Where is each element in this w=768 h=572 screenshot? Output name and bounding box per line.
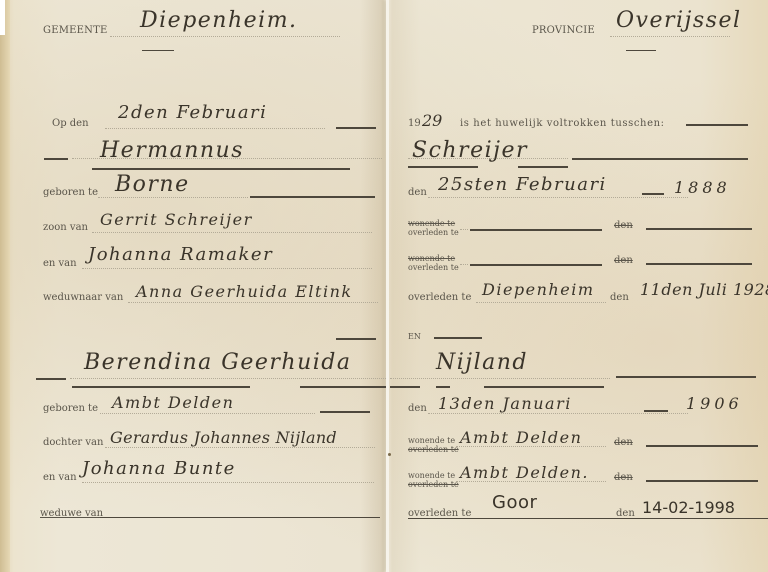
provincie-value: Overijssel xyxy=(616,8,742,33)
groom-mother: Johanna Ramaker xyxy=(88,244,273,265)
left-page: GEMEENTE Diepenheim. Op den 2den Februar… xyxy=(0,0,386,572)
dotted-line xyxy=(98,197,248,198)
rule xyxy=(100,517,380,518)
groom-surname: Schreijer xyxy=(412,138,528,163)
provincie-label: PROVINCIE xyxy=(532,25,595,36)
rule xyxy=(484,386,604,388)
father-status-bottom: overleden te xyxy=(408,228,459,237)
dotted-line xyxy=(105,447,375,448)
groom-first-names: Hermannus xyxy=(100,138,244,163)
year-prefix: 19 xyxy=(408,118,421,129)
rule xyxy=(320,411,370,413)
rule xyxy=(646,480,758,482)
rule xyxy=(142,50,174,51)
bride-father-residence: Ambt Delden xyxy=(460,428,582,447)
dotted-line xyxy=(82,482,374,483)
dotted-line xyxy=(82,268,372,269)
bride-born-year: 1906 xyxy=(686,394,743,413)
dotted-line xyxy=(92,232,372,233)
marriage-text: is het huwelijk voltrokken tusschen: xyxy=(460,118,665,129)
op-den-label: Op den xyxy=(52,118,89,129)
mother-status-top: wonende te xyxy=(408,254,455,263)
dotted-line xyxy=(460,229,468,230)
widower-died-place: Diepenheim xyxy=(482,280,595,299)
dotted-line xyxy=(476,302,606,303)
bride-mother-den-label: den xyxy=(614,472,633,483)
rule xyxy=(646,228,752,230)
groom-former-spouse: Anna Geerhuida Eltink xyxy=(136,282,353,301)
son-of-label: zoon van xyxy=(43,222,88,233)
bride-father-status-bottom: overleden te xyxy=(408,445,459,454)
bride-born-date: 13den Januari xyxy=(438,394,572,413)
marriage-date: 2den Februari xyxy=(118,102,267,123)
bride-born-place: Ambt Delden xyxy=(112,393,234,412)
groom-born-den-label: den xyxy=(408,187,427,198)
bride-father-status-top: wonende te xyxy=(408,436,455,445)
rule xyxy=(686,124,748,126)
marriage-year: 29 xyxy=(422,111,442,130)
bride-mother-status-top: wonende te xyxy=(408,471,455,480)
dotted-line xyxy=(110,36,340,37)
widower-died-den-label: den xyxy=(610,292,629,303)
rule xyxy=(408,518,768,519)
rule xyxy=(72,386,250,388)
dotted-line xyxy=(70,378,386,379)
bride-and-of-label: en van xyxy=(43,472,77,483)
bride-mother-status-bottom: overleden te xyxy=(408,480,459,489)
rule xyxy=(644,410,668,412)
dotted-line xyxy=(610,36,730,37)
widower-label: weduwnaar van xyxy=(43,292,123,303)
marriage-booklet-spread: GEMEENTE Diepenheim. Op den 2den Februar… xyxy=(0,0,768,572)
bride-born-label: geboren te xyxy=(43,403,98,414)
groom-born-place: Borne xyxy=(115,172,190,197)
bride-died-place: Goor xyxy=(492,492,537,513)
dotted-line xyxy=(100,413,315,414)
dotted-line xyxy=(428,413,688,414)
en-label: EN xyxy=(408,332,421,341)
groom-born-label: geboren te xyxy=(43,187,98,198)
father-den-label: den xyxy=(614,220,633,231)
dotted-line xyxy=(390,378,610,379)
rule xyxy=(408,166,478,168)
dotted-line xyxy=(128,302,378,303)
rule xyxy=(300,386,386,388)
rule xyxy=(470,229,602,231)
right-page: PROVINCIE Overijssel 19 29 is het huweli… xyxy=(390,0,768,572)
widow-label: weduwe van xyxy=(40,508,103,519)
rule xyxy=(646,263,752,265)
bride-surname: Nijland xyxy=(436,350,528,375)
gemeente-label: GEMEENTE xyxy=(43,25,107,36)
rule xyxy=(336,127,376,129)
rule xyxy=(470,264,602,266)
rule xyxy=(36,378,66,380)
rule xyxy=(646,445,758,447)
rule xyxy=(642,193,664,195)
bride-died-date: 14-02-1998 xyxy=(642,498,735,517)
rule xyxy=(626,50,656,51)
rule xyxy=(250,196,375,198)
rule xyxy=(44,158,68,160)
book-spine xyxy=(386,0,389,572)
bride-died-den-label: den xyxy=(616,508,635,519)
groom-born-date: 25sten Februari xyxy=(438,174,607,195)
bride-father: Gerardus Johannes Nijland xyxy=(110,428,337,447)
rule xyxy=(518,166,568,168)
rule xyxy=(616,376,756,378)
dotted-line xyxy=(460,264,468,265)
gemeente-value: Diepenheim. xyxy=(140,8,298,33)
groom-father: Gerrit Schreijer xyxy=(100,210,253,229)
rule xyxy=(434,337,482,339)
daughter-of-label: dochter van xyxy=(43,437,103,448)
widower-died-date: 11den Juli 1928 xyxy=(640,280,768,299)
dotted-line xyxy=(428,197,688,198)
bride-mother-residence: Ambt Delden. xyxy=(460,463,589,482)
bride-born-den-label: den xyxy=(408,403,427,414)
rule xyxy=(436,386,450,388)
rule xyxy=(336,338,376,340)
father-status-top: wonende te xyxy=(408,219,455,228)
bride-names: Berendina Geerhuida xyxy=(84,350,352,375)
mother-status-bottom: overleden te xyxy=(408,263,459,272)
and-of-label: en van xyxy=(43,258,77,269)
widower-died-label: overleden te xyxy=(408,292,471,303)
groom-born-year: 1888 xyxy=(674,178,731,197)
mother-den-label: den xyxy=(614,255,633,266)
rule xyxy=(572,158,748,160)
bride-father-den-label: den xyxy=(614,437,633,448)
dotted-line xyxy=(105,128,325,129)
bride-mother: Johanna Bunte xyxy=(82,458,236,479)
rule xyxy=(390,386,420,388)
rule xyxy=(92,168,350,170)
